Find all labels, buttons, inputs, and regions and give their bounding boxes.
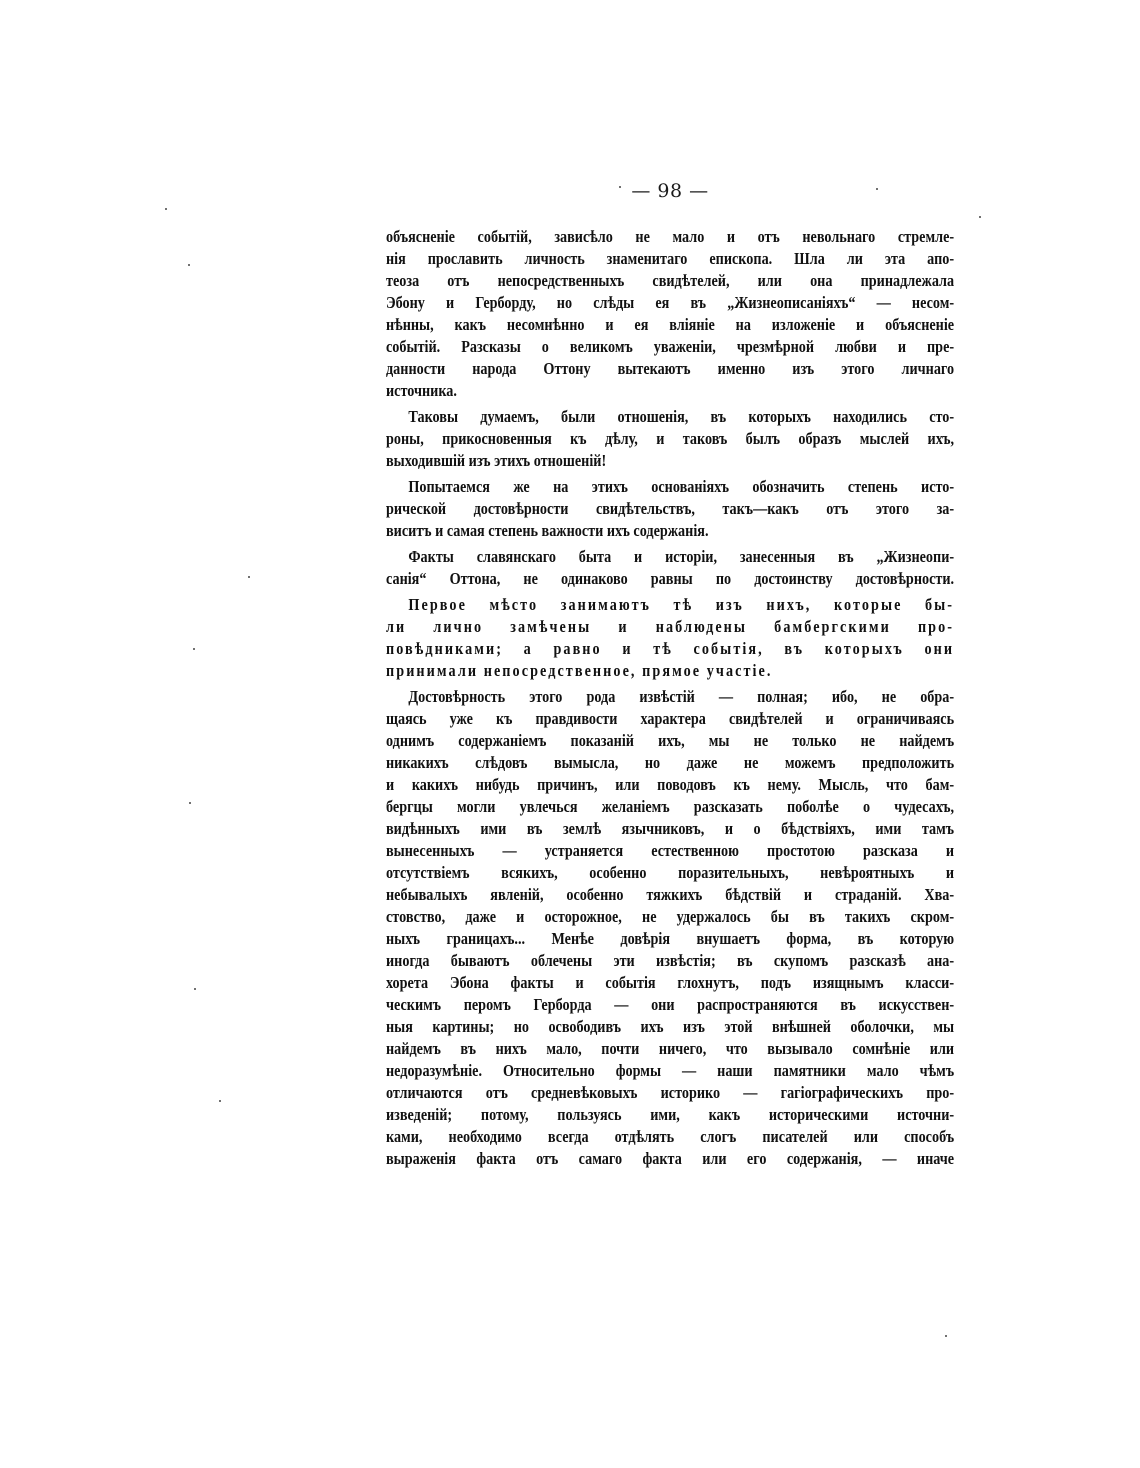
text-line: событій. Разсказы о великомъ уваженіи, ч…	[386, 336, 954, 358]
text-line: роны, прикосновенныя къ дѣлу, и таковъ б…	[386, 428, 954, 450]
text-line: теоза отъ непосредственныхъ свидѣтелей, …	[386, 270, 954, 292]
text-line: Попытаемся же на этихъ основаніяхъ обозн…	[386, 476, 954, 498]
text-line: хорета Эбона факты и событія глохнутъ, п…	[386, 972, 954, 994]
text-line: Факты славянскаго быта и исторіи, занесе…	[386, 546, 954, 568]
text-line: нія прославить личность знаменитаго епис…	[386, 248, 954, 270]
paragraph-emphasized: Первое мѣсто занимаютъ тѣ изъ нихъ, кото…	[386, 594, 954, 682]
text-line: недоразумѣніе. Относительно формы — наши…	[386, 1060, 954, 1082]
text-line: ками, необходимо всегда отдѣлять слогъ п…	[386, 1126, 954, 1148]
text-line: источника.	[386, 380, 954, 402]
text-line: Эбону и Герборду, но слѣды ея въ „Жизнео…	[386, 292, 954, 314]
paragraph-continued: объясненіе событій, зависѣло не мало и о…	[386, 226, 954, 402]
body-text: объясненіе событій, зависѣло не мало и о…	[386, 226, 954, 1174]
scan-speck	[189, 802, 191, 804]
scan-speck	[876, 188, 878, 190]
text-line: ныя картины; но освободивъ ихъ изъ этой …	[386, 1016, 954, 1038]
scan-speck	[194, 988, 196, 990]
text-line: виситъ и самая степень важности ихъ соде…	[386, 520, 954, 542]
text-line: никакихъ слѣдовъ вымысла, но даже не мож…	[386, 752, 954, 774]
scan-speck	[248, 576, 250, 578]
text-line: и какихъ нибудь причинъ, или поводовъ къ…	[386, 774, 954, 796]
scan-speck	[165, 208, 167, 210]
text-line: стовство, даже и осторожное, не удержало…	[386, 906, 954, 928]
text-line: ли лично замѣчены и наблюдены бамбергски…	[386, 616, 954, 638]
paragraph: Факты славянскаго быта и исторіи, занесе…	[386, 546, 954, 590]
text-line: рической достовѣрности свидѣтельствъ, та…	[386, 498, 954, 520]
text-line: Достовѣрность этого рода извѣстій — полн…	[386, 686, 954, 708]
scan-speck	[619, 186, 621, 188]
scan-speck	[219, 1100, 221, 1102]
text-line: видѣнныхъ ими въ землѣ язычниковъ, и о б…	[386, 818, 954, 840]
text-line: ческимъ перомъ Герборда — они распростра…	[386, 994, 954, 1016]
text-line: щаясь уже къ правдивости характера свидѣ…	[386, 708, 954, 730]
text-line: однимъ содержаніемъ показаній ихъ, мы не…	[386, 730, 954, 752]
scan-speck	[193, 648, 195, 650]
text-line: вынесенныхъ — устраняется естественною п…	[386, 840, 954, 862]
text-line: выраженія факта отъ самаго факта или его…	[386, 1148, 954, 1170]
text-line: ныхъ границахъ... Менѣе довѣрія внушаетъ…	[386, 928, 954, 950]
page-number: — 98 —	[0, 180, 1140, 202]
text-line: повѣдниками; а равно и тѣ событія, въ ко…	[386, 638, 954, 660]
text-line: объясненіе событій, зависѣло не мало и о…	[386, 226, 954, 248]
text-line: отличаются отъ средневѣковыхъ историко —…	[386, 1082, 954, 1104]
text-line: Первое мѣсто занимаютъ тѣ изъ нихъ, кото…	[386, 594, 954, 616]
text-line: найдемъ въ нихъ мало, почти ничего, что …	[386, 1038, 954, 1060]
text-line: выходившій изъ этихъ отношеній!	[386, 450, 954, 472]
paragraph: Достовѣрность этого рода извѣстій — полн…	[386, 686, 954, 1170]
scan-speck	[945, 1335, 947, 1337]
text-line: Таковы думаемъ, были отношенія, въ котор…	[386, 406, 954, 428]
text-line: принимали непосредственное, прямое участ…	[386, 660, 954, 682]
text-line: нѣнны, какъ несомнѣнно и ея вліяніе на и…	[386, 314, 954, 336]
text-line: данности народа Оттону вытекаютъ именно …	[386, 358, 954, 380]
scan-speck	[979, 216, 981, 218]
scanned-book-page: — 98 — объясненіе событій, зависѣло не м…	[0, 0, 1140, 1468]
scan-speck	[188, 264, 190, 266]
text-line: бергцы могли увлечься желаніемъ разсказа…	[386, 796, 954, 818]
text-line: иногда бываютъ облечены эти извѣстія; въ…	[386, 950, 954, 972]
text-line: небывалыхъ явленій, особенно тяжкихъ бѣд…	[386, 884, 954, 906]
paragraph: Попытаемся же на этихъ основаніяхъ обозн…	[386, 476, 954, 542]
text-line: санія“ Оттона, не одинаково равны по дос…	[386, 568, 954, 590]
paragraph: Таковы думаемъ, были отношенія, въ котор…	[386, 406, 954, 472]
text-line: отсутствіемъ всякихъ, особенно поразител…	[386, 862, 954, 884]
text-line: изведеній; потому, пользуясь ими, какъ и…	[386, 1104, 954, 1126]
